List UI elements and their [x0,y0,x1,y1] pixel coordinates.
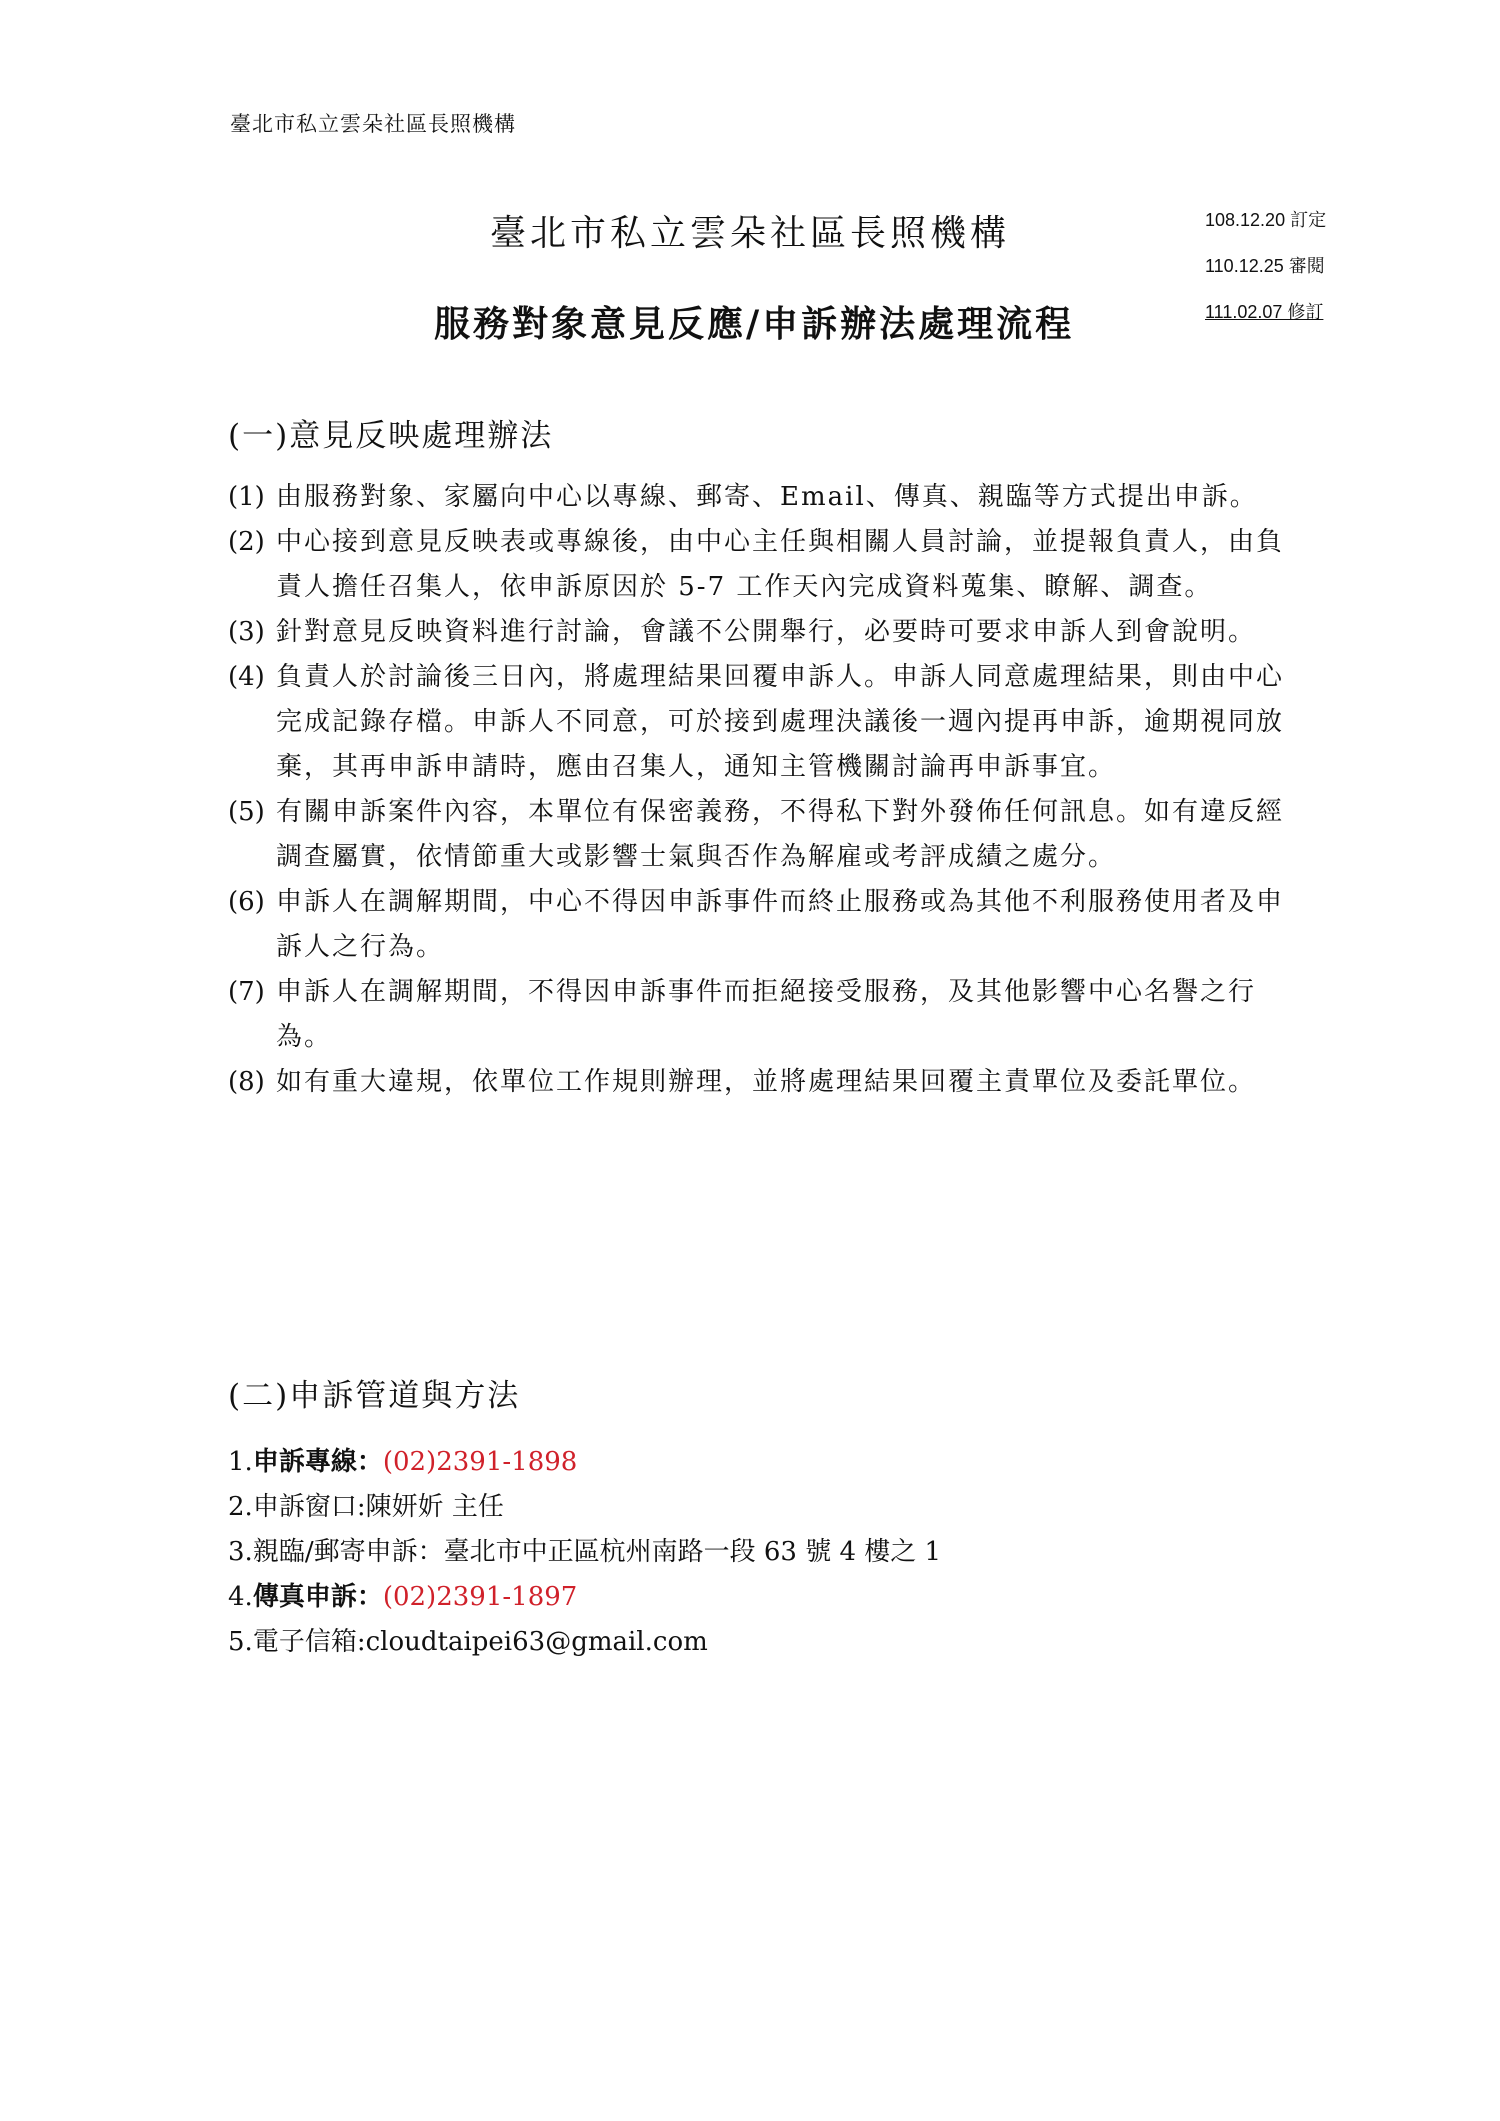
revision-history: 108.12.20 訂定 110.12.25 審閱 111.02.07 修訂 [1205,208,1326,346]
email-address[interactable]: cloudtaipei63@gmail.com [366,1627,708,1657]
contact-number: 5. [228,1627,253,1657]
contact-number: 3. [228,1537,253,1567]
document-title-main: 服務對象意見反應/申訴辦法處理流程 [434,296,1074,347]
contact-fax: 4.傳真申訴：(02)2391-1897 [228,1575,941,1620]
item-text: 中心接到意見反映表或專線後，由中心主任與相關人員討論，並提報負責人，由負責人擔任… [276,520,1288,610]
page-header-org-name: 臺北市私立雲朵社區長照機構 [230,108,516,138]
contact-label: 親臨/郵寄申訴： [253,1537,444,1567]
item-text: 有關申訴案件內容，本單位有保密義務，不得私下對外發佈任何訊息。如有違反經調查屬實… [276,790,1288,880]
procedure-item: (7) 申訴人在調解期間，不得因申訴事件而拒絕接受服務，及其他影響中心名譽之行為… [228,970,1288,1060]
contact-person: 陳妍妡 主任 [366,1492,504,1522]
contact-label: 申訴專線： [253,1447,383,1477]
contact-hotline: 1.申訴專線：(02)2391-1898 [228,1440,941,1485]
item-number: (8) [228,1060,276,1105]
contact-window: 2.申訴窗口:陳妍妡 主任 [228,1485,941,1530]
procedure-item: (8) 如有重大違規，依單位工作規則辦理，並將處理結果回覆主責單位及委託單位。 [228,1060,1288,1105]
item-text: 如有重大違規，依單位工作規則辦理，並將處理結果回覆主責單位及委託單位。 [276,1060,1288,1105]
contact-number: 1. [228,1447,253,1477]
item-number: (3) [228,610,276,655]
item-text: 申訴人在調解期間，中心不得因申訴事件而終止服務或為其他不利服務使用者及申訴人之行… [276,880,1288,970]
document-title-org: 臺北市私立雲朵社區長照機構 [490,205,1010,256]
procedure-item: (2) 中心接到意見反映表或專線後，由中心主任與相關人員討論，並提報負責人，由負… [228,520,1288,610]
contact-label: 電子信箱: [253,1627,366,1657]
item-number: (2) [228,520,276,610]
revision-amended: 111.02.07 修訂 [1205,300,1326,346]
fax-number[interactable]: (02)2391-1897 [383,1582,578,1612]
item-number: (7) [228,970,276,1060]
contact-label: 傳真申訴： [253,1582,383,1612]
item-number: (4) [228,655,276,790]
item-text: 由服務對象、家屬向中心以專線、郵寄、Email、傳真、親臨等方式提出申訴。 [276,475,1288,520]
procedure-item: (4) 負責人於討論後三日內，將處理結果回覆申訴人。申訴人同意處理結果，則由中心… [228,655,1288,790]
item-text: 申訴人在調解期間，不得因申訴事件而拒絕接受服務，及其他影響中心名譽之行為。 [276,970,1288,1060]
procedure-item: (6) 申訴人在調解期間，中心不得因申訴事件而終止服務或為其他不利服務使用者及申… [228,880,1288,970]
item-text: 針對意見反映資料進行討論，會議不公開舉行，必要時可要求申訴人到會說明。 [276,610,1288,655]
revision-reviewed: 110.12.25 審閱 [1205,254,1326,300]
hotline-phone[interactable]: (02)2391-1898 [383,1447,578,1477]
complaint-channels-list: 1.申訴專線：(02)2391-1898 2.申訴窗口:陳妍妡 主任 3.親臨/… [228,1440,941,1665]
item-number: (1) [228,475,276,520]
procedure-item: (5) 有關申訴案件內容，本單位有保密義務，不得私下對外發佈任何訊息。如有違反經… [228,790,1288,880]
item-number: (5) [228,790,276,880]
revision-established: 108.12.20 訂定 [1205,208,1326,254]
procedure-item: (3) 針對意見反映資料進行討論，會議不公開舉行，必要時可要求申訴人到會說明。 [228,610,1288,655]
contact-number: 2. [228,1492,253,1522]
section-title-feedback-procedure: (一)意見反映處理辦法 [228,410,553,455]
contact-in-person-mail: 3.親臨/郵寄申訴：臺北市中正區杭州南路一段 63 號 4 樓之 1 [228,1530,941,1575]
feedback-procedure-list: (1) 由服務對象、家屬向中心以專線、郵寄、Email、傳真、親臨等方式提出申訴… [228,475,1288,1105]
contact-address: 臺北市中正區杭州南路一段 63 號 4 樓之 1 [444,1537,942,1567]
contact-number: 4. [228,1582,253,1612]
procedure-item: (1) 由服務對象、家屬向中心以專線、郵寄、Email、傳真、親臨等方式提出申訴… [228,475,1288,520]
item-text: 負責人於討論後三日內，將處理結果回覆申訴人。申訴人同意處理結果，則由中心完成記錄… [276,655,1288,790]
contact-label: 申訴窗口: [253,1492,366,1522]
section-title-complaint-channels: (二)申訴管道與方法 [228,1370,520,1415]
item-number: (6) [228,880,276,970]
contact-email: 5.電子信箱:cloudtaipei63@gmail.com [228,1620,941,1665]
